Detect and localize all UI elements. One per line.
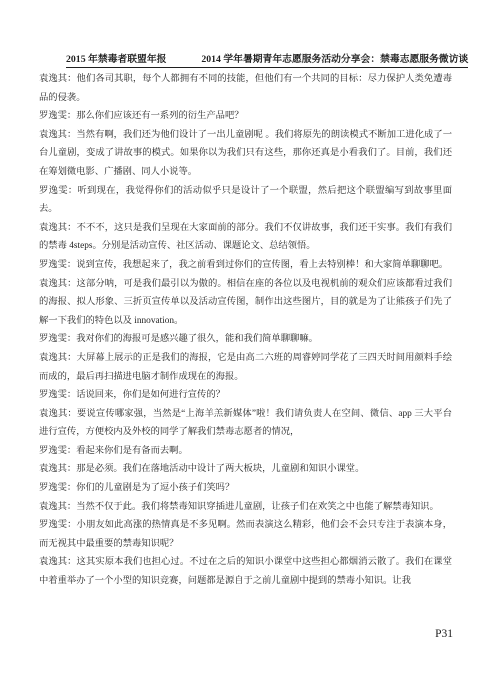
paragraph: 罗逸雯：你们的儿童剧是为了逗小孩子们笑吗？ [39, 479, 452, 498]
paragraph: 袁逸其：那是必须。我们在落地活动中设计了两大板块，儿童剧和知识小课堂。 [39, 460, 452, 479]
paragraph: 罗逸雯：小朋友如此高涨的热情真是不多见啊。然而表演这么精彩，他们会不会只专注于表… [39, 516, 452, 553]
document-title: 2015 年禁毒者联盟年报 2014 学年暑期青年志愿服务活动分享会：禁毒志愿服… [66, 51, 468, 68]
paragraph: 罗逸雯：话说回来，你们是如何进行宣传的？ [39, 386, 452, 405]
document-header: 2015 年禁毒者联盟年报 2014 学年暑期青年志愿服务活动分享会：禁毒志愿服… [66, 51, 468, 68]
paragraph: 袁逸其：当然不仅于此。我们将禁毒知识穿插进儿童剧，让孩子们在欢笑之中也能了解禁毒… [39, 498, 452, 517]
document-body: 袁逸其：他们各司其职，每个人都拥有不同的技能，但他们有一个共同的目标：尽力保护人… [39, 70, 452, 591]
page-number: P31 [435, 628, 453, 640]
paragraph: 罗逸雯：看起来你们是有备而去啊。 [39, 442, 452, 461]
paragraph: 袁逸其：这其实原本我们也担心过。不过在之后的知识小课堂中这些担心都烟消云散了。我… [39, 553, 452, 590]
paragraph: 袁逸其：这部分呐，可是我们最引以为傲的。相信在座的各位以及电视机前的观众们应该都… [39, 275, 452, 331]
paragraph: 袁逸其：要说宣传哪家强，当然是“上海羊羔新媒体”啦！我们请负责人在空间、微信、a… [39, 405, 452, 442]
title-right: 2014 学年暑期青年志愿服务活动分享会：禁毒志愿服务微访谈 [201, 54, 468, 65]
paragraph: 罗逸雯：听到现在，我觉得你们的活动似乎只是设计了一个联盟，然后把这个联盟编写到故… [39, 182, 452, 219]
paragraph: 罗逸雯：我对你们的海报可是感兴趣了很久，能和我们简单聊聊嘛。 [39, 330, 452, 349]
paragraph: 罗逸雯：说到宣传，我想起来了，我之前看到过你们的宣传图，看上去特别棒！和大家简单… [39, 256, 452, 275]
paragraph: 罗逸雯：那么你们应该还有一系列的衍生产品吧？ [39, 107, 452, 126]
paragraph: 袁逸其：大屏幕上展示的正是我们的海报，它是由高二六班的周睿婷同学花了三四天时间用… [39, 349, 452, 386]
paragraph: 袁逸其：当然有啊，我们还为他们设计了一出儿童剧呢 。我们将原先的朗读模式不断加工… [39, 126, 452, 182]
paragraph: 袁逸其：他们各司其职，每个人都拥有不同的技能，但他们有一个共同的目标：尽力保护人… [39, 70, 452, 107]
paragraph: 袁逸其：不不不，这只是我们呈现在大家面前的部分。我们不仅讲故事，我们还干实事。我… [39, 219, 452, 256]
document-page: 2015 年禁毒者联盟年报 2014 学年暑期青年志愿服务活动分享会：禁毒志愿服… [0, 0, 480, 678]
title-left: 2015 年禁毒者联盟年报 [66, 54, 166, 65]
